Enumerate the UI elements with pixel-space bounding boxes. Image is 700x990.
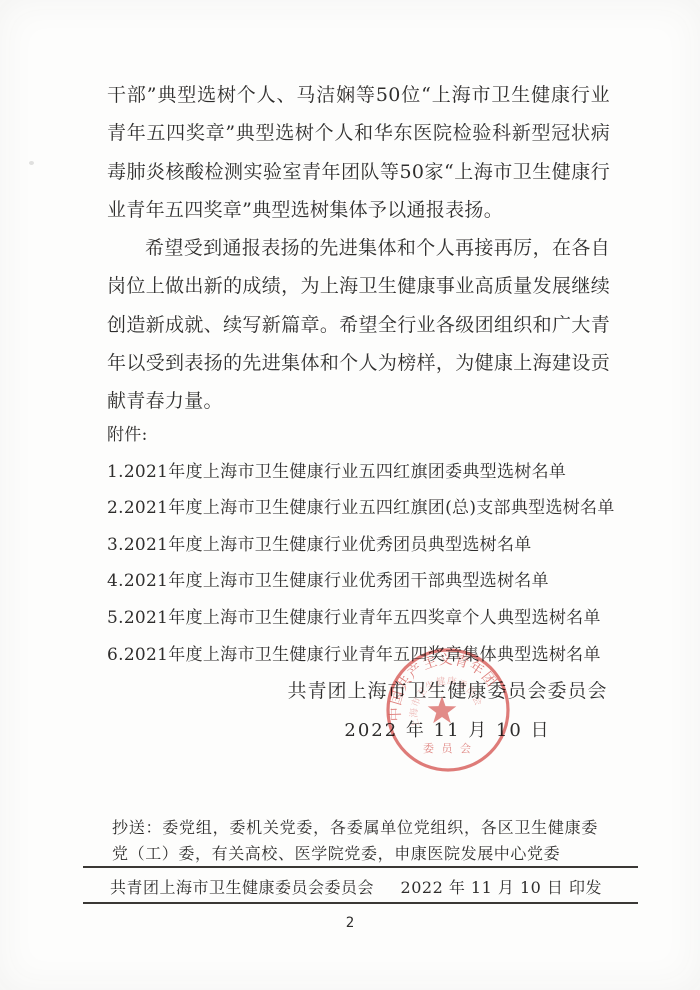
attachment-item-2: 2.2021年度上海市卫生健康行业五四红旗团(总)支部典型选树名单 [107, 490, 627, 527]
colophon-row: 共青团上海市卫生健康委员会委员会 2022 年 11 月 10 日 印发 [110, 875, 602, 898]
signature-org: 共青团上海市卫生健康委员会委员会 [195, 672, 700, 711]
print-date: 2022 年 11 月 10 日 印发 [401, 875, 602, 898]
paragraph-continuation: 干部”典型选树个人、马洁娴等50位“上海市卫生健康行业青年五四奖章”典型选树个人… [107, 76, 610, 229]
document-body: 干部”典型选树个人、马洁娴等50位“上海市卫生健康行业青年五四奖章”典型选树个人… [107, 76, 610, 421]
attachments-label: 附件: [107, 417, 627, 454]
issuer-name: 共青团上海市卫生健康委员会委员会 [110, 875, 374, 898]
scan-speckle [29, 161, 34, 165]
cc-note: 抄送：委党组，委机关党委，各委属单位党组织，各区卫生健康委党（工）委，有关高校、… [112, 815, 598, 866]
attachment-item-1: 1.2021年度上海市卫生健康行业五四红旗团委典型选树名单 [107, 454, 627, 491]
signature-block: 共青团上海市卫生健康委员会委员会 2022 年 11 月 10 日 [195, 672, 700, 750]
page-number: 2 [0, 915, 700, 931]
attachments-list: 附件: 1.2021年度上海市卫生健康行业五四红旗团委典型选树名单 2.2021… [107, 417, 627, 673]
signature-date: 2022 年 11 月 10 日 [195, 711, 700, 750]
separator-line-top [83, 866, 638, 868]
attachment-item-5: 5.2021年度上海市卫生健康行业青年五四奖章个人典型选树名单 [107, 600, 627, 637]
paragraph-hope: 希望受到通报表扬的先进集体和个人再接再厉，在各自岗位上做出新的成绩，为上海卫生健… [107, 229, 610, 420]
attachment-item-3: 3.2021年度上海市卫生健康行业优秀团员典型选树名单 [107, 527, 627, 564]
attachment-item-4: 4.2021年度上海市卫生健康行业优秀团干部典型选树名单 [107, 563, 627, 600]
separator-line-bottom [83, 902, 638, 904]
scanned-document-page: 干部”典型选树个人、马洁娴等50位“上海市卫生健康行业青年五四奖章”典型选树个人… [0, 0, 700, 990]
attachment-item-6: 6.2021年度上海市卫生健康行业青年五四奖章集体典型选树名单 [107, 637, 627, 674]
